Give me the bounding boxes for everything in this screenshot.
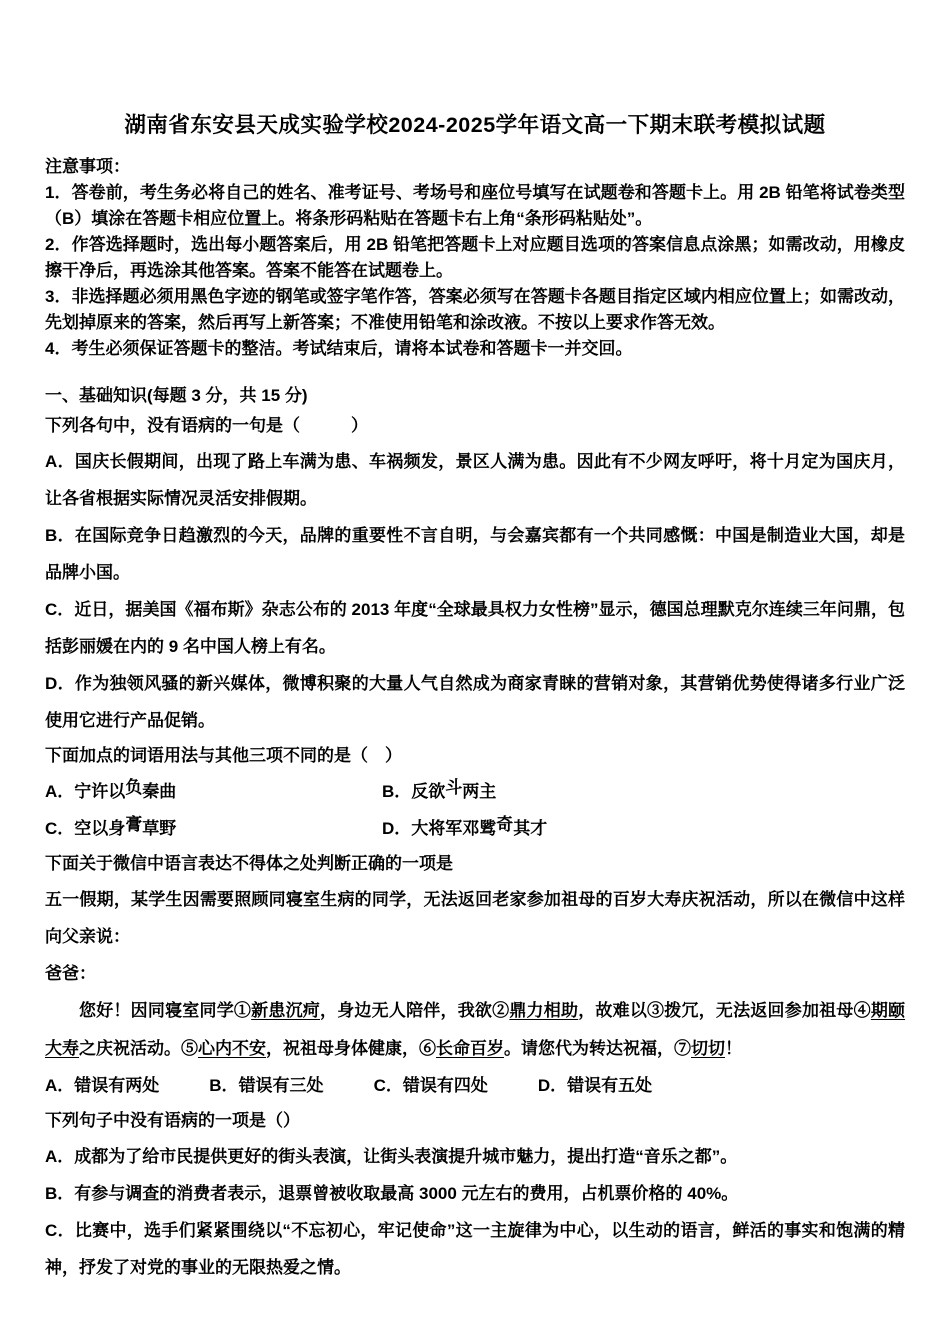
- letter-seg: ，身边无人陪伴，我欲②: [320, 1001, 509, 1020]
- letter-seg: 之庆祝活动。⑤: [79, 1039, 198, 1058]
- option-text: 宁许以: [74, 782, 125, 801]
- notice-heading: 注意事项：: [45, 154, 905, 180]
- letter-seg-underlined: 新患沉疴: [251, 1001, 320, 1020]
- question1-option-d: D．作为独领风骚的新兴媒体，微博积聚的大量人气自然成为商家青睐的营销对象，其营销…: [45, 665, 905, 739]
- option-text: 近日，据美国《福布斯》杂志公布的 2013 年度“全球最具权力女性榜”显示，德国…: [45, 600, 905, 656]
- letter-seg-underlined: 心内不安: [198, 1039, 266, 1058]
- option-text: 比赛中，选手们紧紧围绕以“不忘初心，牢记使命”这一主旋律为中心，以生动的语言，鲜…: [45, 1221, 905, 1277]
- option-label: A．: [45, 1076, 74, 1095]
- option-text: 错误有三处: [239, 1076, 324, 1095]
- option-text: 作为独领风骚的新兴媒体，微博积聚的大量人气自然成为商家青睐的营销对象，其营销优势…: [45, 674, 905, 730]
- question4-option-c: C．比赛中，选手们紧紧围绕以“不忘初心，牢记使命”这一主旋律为中心，以生动的语言…: [45, 1212, 905, 1286]
- exam-paper-page: 湖南省东安县天成实验学校2024-2025学年语文高一下期末联考模拟试题 注意事…: [0, 0, 950, 1344]
- option-text: 两主: [462, 782, 496, 801]
- option-label: C．: [45, 1221, 75, 1240]
- letter-seg: ！: [725, 1039, 742, 1058]
- question3-option-c: C．错误有四处: [374, 1068, 488, 1104]
- option-label: B．: [382, 782, 411, 801]
- emphasized-char: 负: [125, 769, 142, 806]
- question1-option-b: B．在国际竞争日趋激烈的今天，品牌的重要性不言自明，与会嘉宾都有一个共同感慨：中…: [45, 517, 905, 591]
- page-title: 湖南省东安县天成实验学校2024-2025学年语文高一下期末联考模拟试题: [45, 108, 905, 139]
- question2-option-d: D．大将军邓骘奇其才: [382, 810, 905, 847]
- letter-seg: ，祝祖母身体健康，⑥: [266, 1039, 436, 1058]
- letter-seg-underlined: 鼎力相助: [509, 1001, 578, 1020]
- option-text: 有参与调查的消费者表示，退票曾被收取最高 3000 元左右的费用，占机票价格的 …: [74, 1184, 738, 1203]
- option-label: B．: [45, 526, 75, 545]
- option-text: 大将军邓骘: [411, 819, 496, 838]
- notice-item: 2．作答选择题时，选出每小题答案后，用 2B 铅笔把答题卡上对应题目选项的答案信…: [45, 232, 905, 284]
- question3-option-b: B．错误有三处: [209, 1068, 323, 1104]
- question3-stem: 下面关于微信中语言表达不得体之处判断正确的一项是: [45, 847, 905, 881]
- emphasized-char: 奇: [496, 806, 513, 843]
- letter-seg: ，故难以③拨冗，无法返回参加祖母④: [578, 1001, 871, 1020]
- notice-item: 4．考生必须保证答题卡的整洁。考试结束后，请将本试卷和答题卡一并交回。: [45, 336, 905, 362]
- option-label: A．: [45, 1147, 74, 1166]
- emphasized-char: 斗: [445, 769, 462, 806]
- letter-seg: 。请您代为转达祝福，⑦: [504, 1039, 691, 1058]
- notice-section: 注意事项： 1．答卷前，考生务必将自己的姓名、准考证号、考场号和座位号填写在试题…: [45, 154, 905, 362]
- option-label: D．: [538, 1076, 567, 1095]
- question2-stem: 下面加点的词语用法与其他三项不同的是（ ）: [45, 739, 905, 773]
- question4-option-b: B．有参与调查的消费者表示，退票曾被收取最高 3000 元左右的费用，占机票价格…: [45, 1175, 905, 1212]
- question1-option-c: C．近日，据美国《福布斯》杂志公布的 2013 年度“全球最具权力女性榜”显示，…: [45, 591, 905, 665]
- question1-stem: 下列各句中，没有语病的一句是（ ）: [45, 409, 905, 443]
- letter-salutation: 爸爸：: [45, 955, 905, 992]
- option-text: 国庆长假期间，出现了路上车满为患、车祸频发，景区人满为患。因此有不少网友呼吁，将…: [45, 452, 905, 508]
- option-label: D．: [382, 819, 411, 838]
- option-label: C．: [45, 600, 74, 619]
- letter-seg-underlined: 切切: [691, 1039, 725, 1058]
- letter-body: 您好！因同寝室同学①新患沉疴，身边无人陪伴，我欲②鼎力相助，故难以③拨冗，无法返…: [45, 992, 905, 1068]
- option-label: A．: [45, 452, 75, 471]
- question1-option-a: A．国庆长假期间，出现了路上车满为患、车祸频发，景区人满为患。因此有不少网友呼吁…: [45, 443, 905, 517]
- spacer: [45, 362, 905, 383]
- option-label: C．: [374, 1076, 403, 1095]
- question2-option-a: A．宁许以负秦曲: [45, 773, 382, 810]
- option-text: 草野: [142, 819, 176, 838]
- option-text: 错误有两处: [74, 1076, 159, 1095]
- option-label: C．: [45, 819, 74, 838]
- option-text: 反欲: [411, 782, 445, 801]
- question3-option-d: D．错误有五处: [538, 1068, 652, 1104]
- option-label: A．: [45, 782, 74, 801]
- notice-item: 1．答卷前，考生务必将自己的姓名、准考证号、考场号和座位号填写在试题卷和答题卡上…: [45, 180, 905, 232]
- emphasized-char: 膏: [125, 806, 142, 843]
- option-text: 在国际竞争日趋激烈的今天，品牌的重要性不言自明，与会嘉宾都有一个共同感慨：中国是…: [45, 526, 905, 582]
- question4-stem: 下列句子中没有语病的一项是（）: [45, 1104, 905, 1138]
- question2-options: A．宁许以负秦曲 B．反欲斗两主 C．空以身膏草野 D．大将军邓骘奇其才: [45, 773, 905, 847]
- letter-seg-underlined: 长命百岁: [436, 1039, 504, 1058]
- question4-option-a: A．成都为了给市民提供更好的街头表演，让街头表演提升城市魅力，提出打造“音乐之都…: [45, 1138, 905, 1175]
- option-text: 错误有四处: [403, 1076, 488, 1095]
- option-text: 其才: [513, 819, 547, 838]
- question2-option-c: C．空以身膏草野: [45, 810, 382, 847]
- section-heading: 一、基础知识(每题 3 分，共 15 分): [45, 383, 905, 409]
- option-text: 错误有五处: [567, 1076, 652, 1095]
- option-text: 空以身: [74, 819, 125, 838]
- option-text: 秦曲: [142, 782, 176, 801]
- option-label: B．: [45, 1184, 74, 1203]
- question2-option-b: B．反欲斗两主: [382, 773, 905, 810]
- option-text: 成都为了给市民提供更好的街头表演，让街头表演提升城市魅力，提出打造“音乐之都”。: [74, 1147, 737, 1166]
- question3-context: 五一假期，某学生因需要照顾同寝室生病的同学，无法返回老家参加祖母的百岁大寿庆祝活…: [45, 881, 905, 955]
- option-label: B．: [209, 1076, 238, 1095]
- letter-seg: 您好！因同寝室同学①: [79, 1001, 251, 1020]
- notice-item: 3．非选择题必须用黑色字迹的钢笔或签字笔作答，答案必须写在答题卡各题目指定区域内…: [45, 284, 905, 336]
- question3-options: A．错误有两处 B．错误有三处 C．错误有四处 D．错误有五处: [45, 1068, 905, 1104]
- question3-option-a: A．错误有两处: [45, 1068, 159, 1104]
- option-label: D．: [45, 674, 75, 693]
